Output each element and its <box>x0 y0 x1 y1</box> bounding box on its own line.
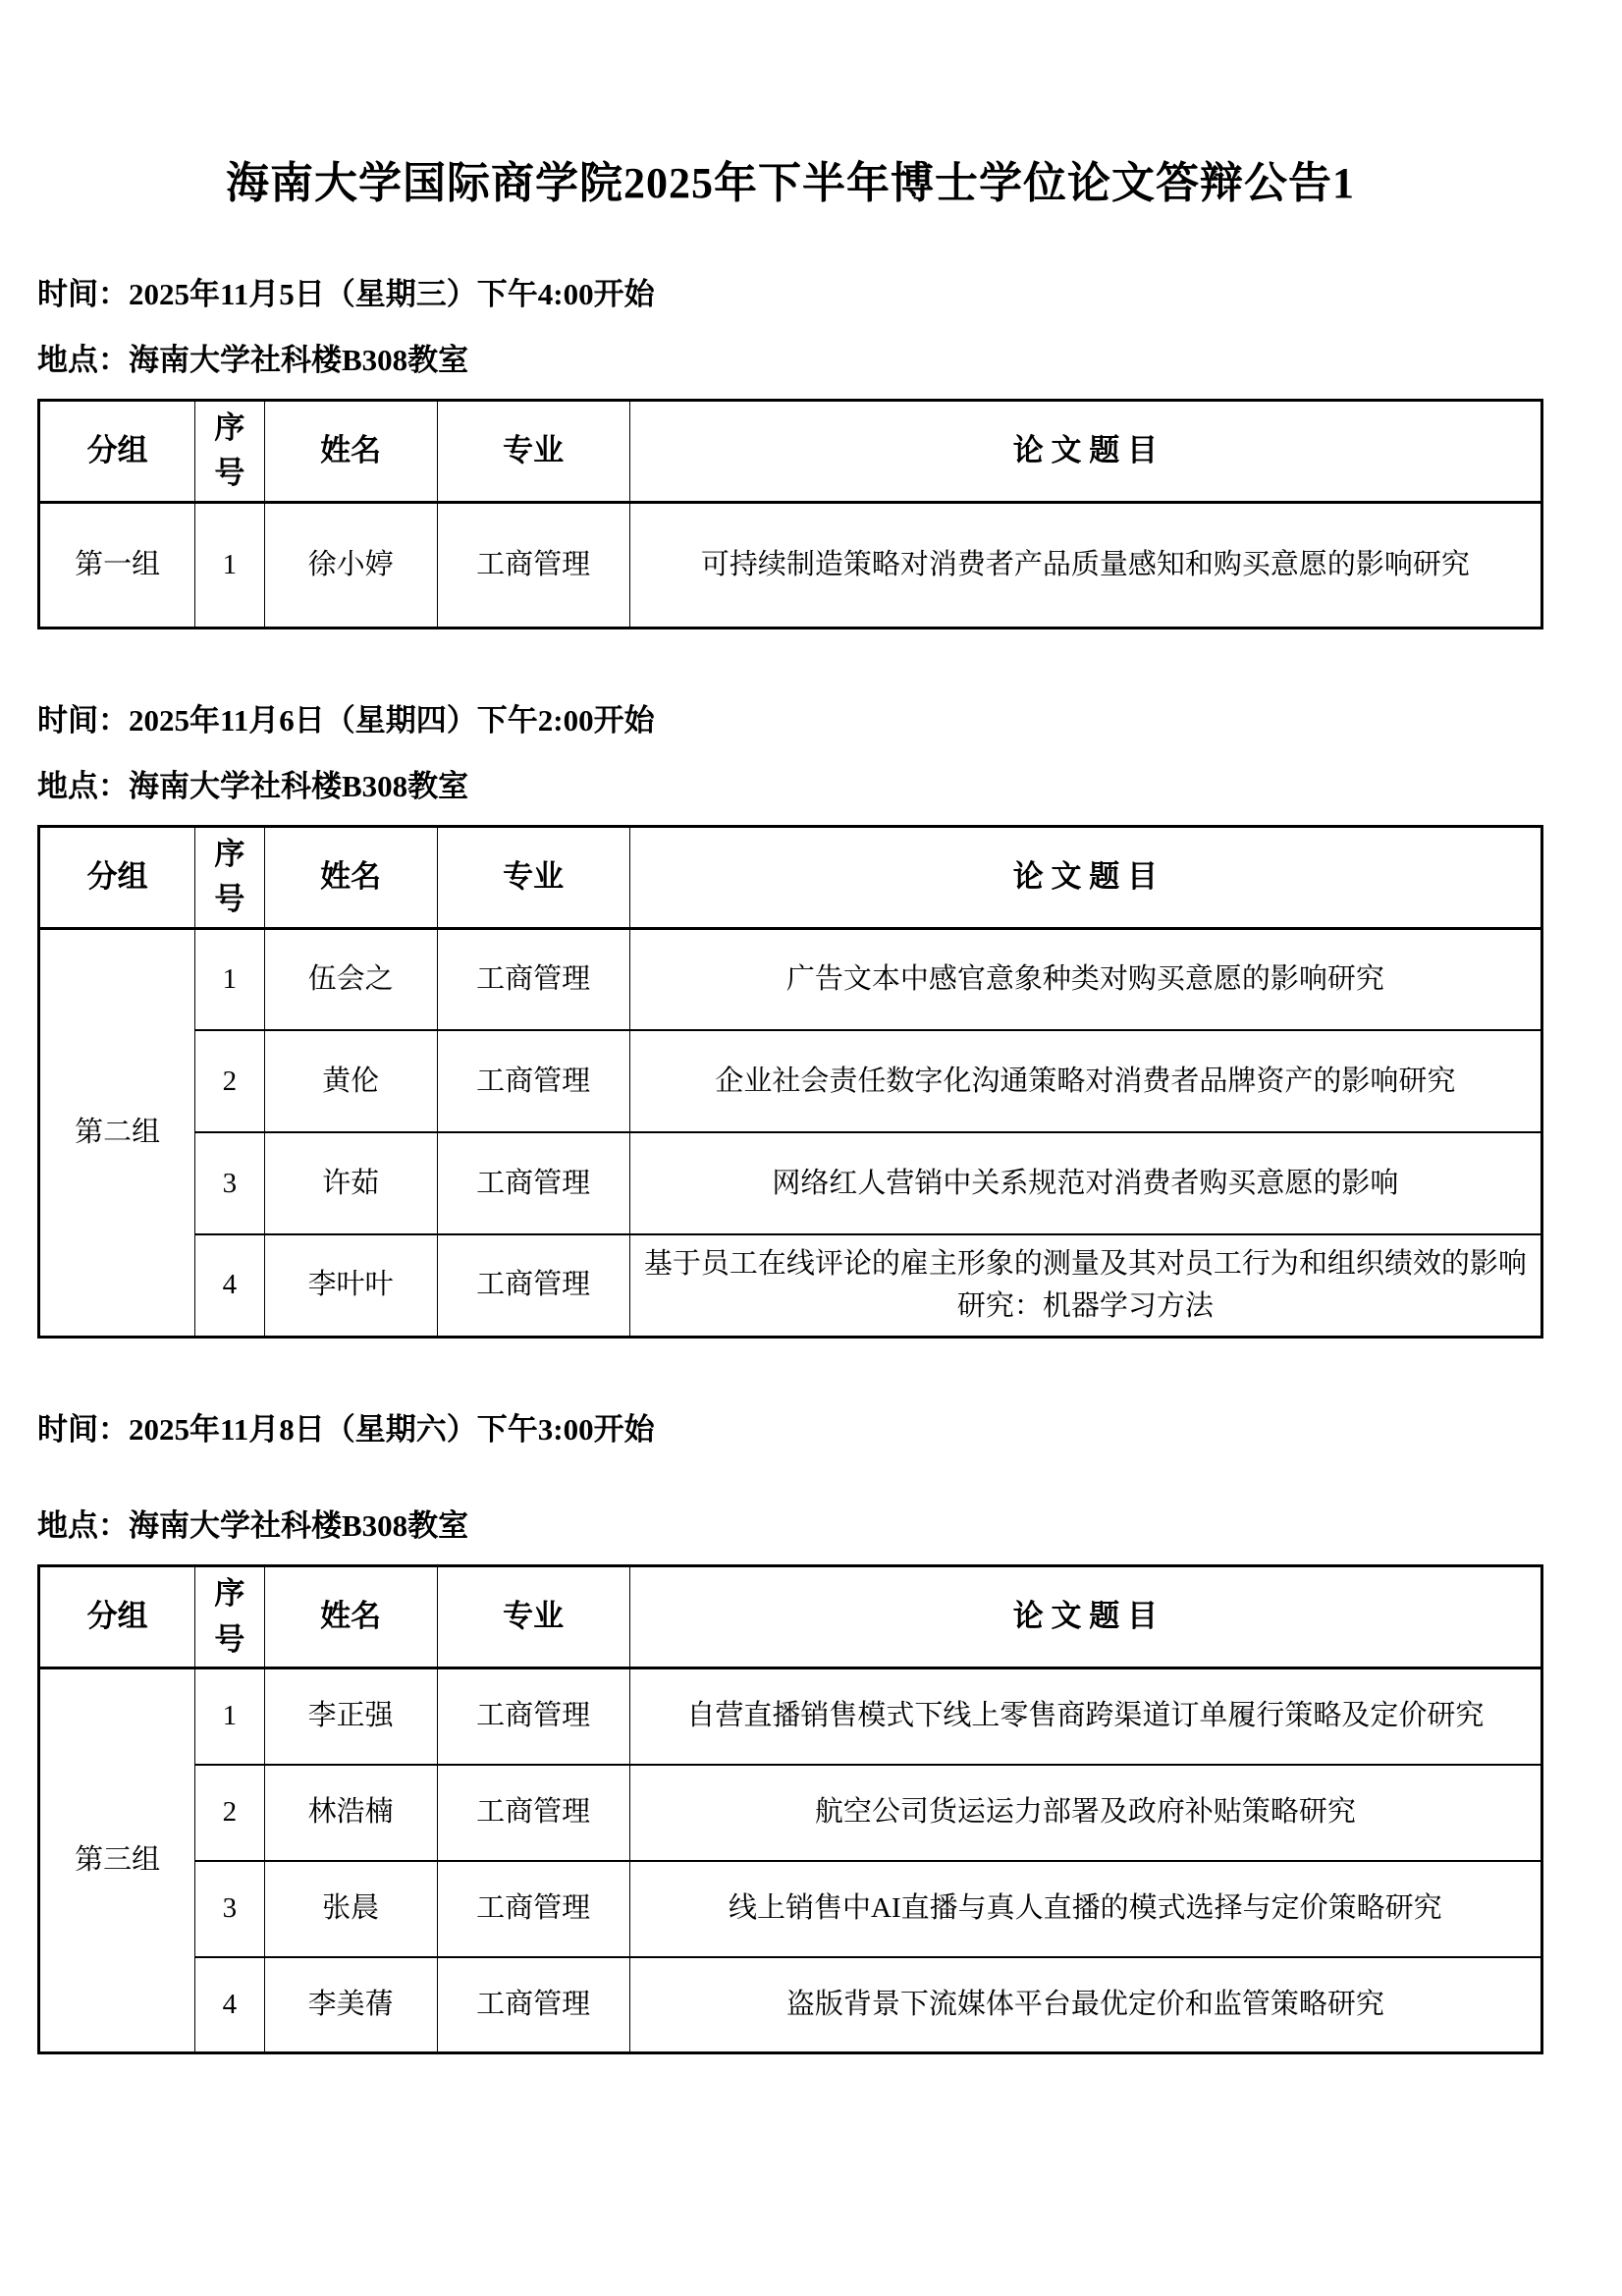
major-cell: 工商管理 <box>437 502 629 628</box>
major-cell: 工商管理 <box>437 1957 629 2053</box>
col-header-group: 分组 <box>39 1566 195 1668</box>
session-1-time: 时间：2025年11月5日（星期三）下午4:00开始 <box>37 278 1543 311</box>
name-cell: 李美蒨 <box>264 1957 437 2053</box>
table-header-row: 分组 序号 姓名 专业 论 文 题 目 <box>39 400 1542 502</box>
serial-cell: 1 <box>195 928 264 1030</box>
name-cell: 徐小婷 <box>264 502 437 628</box>
major-cell: 工商管理 <box>437 1668 629 1765</box>
session-1: 时间：2025年11月5日（星期三）下午4:00开始 地点：海南大学社科楼B30… <box>37 278 1543 629</box>
group-cell: 第一组 <box>39 502 195 628</box>
session-2: 时间：2025年11月6日（星期四）下午2:00开始 地点：海南大学社科楼B30… <box>37 704 1543 1339</box>
announcement-page: 海南大学国际商学院2025年下半年博士学位论文答辩公告1 时间：2025年11月… <box>0 0 1622 2054</box>
table-row: 4 李美蒨 工商管理 盗版背景下流媒体平台最优定价和监管策略研究 <box>39 1957 1542 2053</box>
name-cell: 黄伦 <box>264 1030 437 1132</box>
table-row: 2 黄伦 工商管理 企业社会责任数字化沟通策略对消费者品牌资产的影响研究 <box>39 1030 1542 1132</box>
table-row: 2 林浩楠 工商管理 航空公司货运运力部署及政府补贴策略研究 <box>39 1765 1542 1861</box>
col-header-major: 专业 <box>437 1566 629 1668</box>
serial-cell: 1 <box>195 502 264 628</box>
col-header-group: 分组 <box>39 400 195 502</box>
col-header-thesis: 论 文 题 目 <box>629 400 1541 502</box>
defense-table-2: 分组 序号 姓名 专业 论 文 题 目 第二组 1 伍会之 工商管理 广告文本中… <box>37 825 1543 1339</box>
name-cell: 伍会之 <box>264 928 437 1030</box>
col-header-name: 姓名 <box>264 400 437 502</box>
defense-table-3: 分组 序号 姓名 专业 论 文 题 目 第三组 1 李正强 工商管理 自营直播销… <box>37 1564 1543 2054</box>
serial-cell: 2 <box>195 1765 264 1861</box>
table-row: 3 张晨 工商管理 线上销售中AI直播与真人直播的模式选择与定价策略研究 <box>39 1861 1542 1957</box>
name-cell: 张晨 <box>264 1861 437 1957</box>
major-cell: 工商管理 <box>437 1765 629 1861</box>
name-cell: 李正强 <box>264 1668 437 1765</box>
serial-cell: 3 <box>195 1861 264 1957</box>
col-header-major: 专业 <box>437 826 629 928</box>
col-header-name: 姓名 <box>264 1566 437 1668</box>
table-row: 第二组 1 伍会之 工商管理 广告文本中感官意象种类对购买意愿的影响研究 <box>39 928 1542 1030</box>
thesis-cell: 网络红人营销中关系规范对消费者购买意愿的影响 <box>629 1132 1541 1234</box>
name-cell: 李叶叶 <box>264 1234 437 1337</box>
session-3: 时间：2025年11月8日（星期六）下午3:00开始 地点：海南大学社科楼B30… <box>37 1413 1543 2054</box>
major-cell: 工商管理 <box>437 928 629 1030</box>
table-header-row: 分组 序号 姓名 专业 论 文 题 目 <box>39 1566 1542 1668</box>
thesis-cell: 航空公司货运运力部署及政府补贴策略研究 <box>629 1765 1541 1861</box>
col-header-thesis: 论 文 题 目 <box>629 1566 1541 1668</box>
thesis-cell: 企业社会责任数字化沟通策略对消费者品牌资产的影响研究 <box>629 1030 1541 1132</box>
name-cell: 许茹 <box>264 1132 437 1234</box>
thesis-cell: 盗版背景下流媒体平台最优定价和监管策略研究 <box>629 1957 1541 2053</box>
session-2-location: 地点：海南大学社科楼B308教室 <box>37 770 1543 803</box>
session-2-time: 时间：2025年11月6日（星期四）下午2:00开始 <box>37 704 1543 738</box>
col-header-no: 序号 <box>195 1566 264 1668</box>
col-header-no: 序号 <box>195 400 264 502</box>
major-cell: 工商管理 <box>437 1861 629 1957</box>
thesis-cell: 可持续制造策略对消费者产品质量感知和购买意愿的影响研究 <box>629 502 1541 628</box>
session-1-location: 地点：海南大学社科楼B308教室 <box>37 344 1543 377</box>
col-header-thesis: 论 文 题 目 <box>629 826 1541 928</box>
thesis-cell: 线上销售中AI直播与真人直播的模式选择与定价策略研究 <box>629 1861 1541 1957</box>
group-cell: 第二组 <box>39 928 195 1337</box>
session-3-time: 时间：2025年11月8日（星期六）下午3:00开始 <box>37 1413 1543 1447</box>
serial-cell: 3 <box>195 1132 264 1234</box>
table-row: 第一组 1 徐小婷 工商管理 可持续制造策略对消费者产品质量感知和购买意愿的影响… <box>39 502 1542 628</box>
thesis-cell: 自营直播销售模式下线上零售商跨渠道订单履行策略及定价研究 <box>629 1668 1541 1765</box>
serial-cell: 4 <box>195 1957 264 2053</box>
major-cell: 工商管理 <box>437 1030 629 1132</box>
announcement-title: 海南大学国际商学院2025年下半年博士学位论文答辩公告1 <box>37 159 1543 209</box>
session-3-location: 地点：海南大学社科楼B308教室 <box>37 1509 1543 1543</box>
group-cell: 第三组 <box>39 1668 195 2053</box>
defense-table-1: 分组 序号 姓名 专业 论 文 题 目 第一组 1 徐小婷 工商管理 可持续制造… <box>37 399 1543 629</box>
name-cell: 林浩楠 <box>264 1765 437 1861</box>
serial-cell: 2 <box>195 1030 264 1132</box>
major-cell: 工商管理 <box>437 1234 629 1337</box>
thesis-cell: 广告文本中感官意象种类对购买意愿的影响研究 <box>629 928 1541 1030</box>
major-cell: 工商管理 <box>437 1132 629 1234</box>
thesis-cell: 基于员工在线评论的雇主形象的测量及其对员工行为和组织绩效的影响研究：机器学习方法 <box>629 1234 1541 1337</box>
table-header-row: 分组 序号 姓名 专业 论 文 题 目 <box>39 826 1542 928</box>
col-header-no: 序号 <box>195 826 264 928</box>
table-row: 3 许茹 工商管理 网络红人营销中关系规范对消费者购买意愿的影响 <box>39 1132 1542 1234</box>
col-header-major: 专业 <box>437 400 629 502</box>
serial-cell: 1 <box>195 1668 264 1765</box>
col-header-name: 姓名 <box>264 826 437 928</box>
col-header-group: 分组 <box>39 826 195 928</box>
serial-cell: 4 <box>195 1234 264 1337</box>
table-row: 4 李叶叶 工商管理 基于员工在线评论的雇主形象的测量及其对员工行为和组织绩效的… <box>39 1234 1542 1337</box>
table-row: 第三组 1 李正强 工商管理 自营直播销售模式下线上零售商跨渠道订单履行策略及定… <box>39 1668 1542 1765</box>
